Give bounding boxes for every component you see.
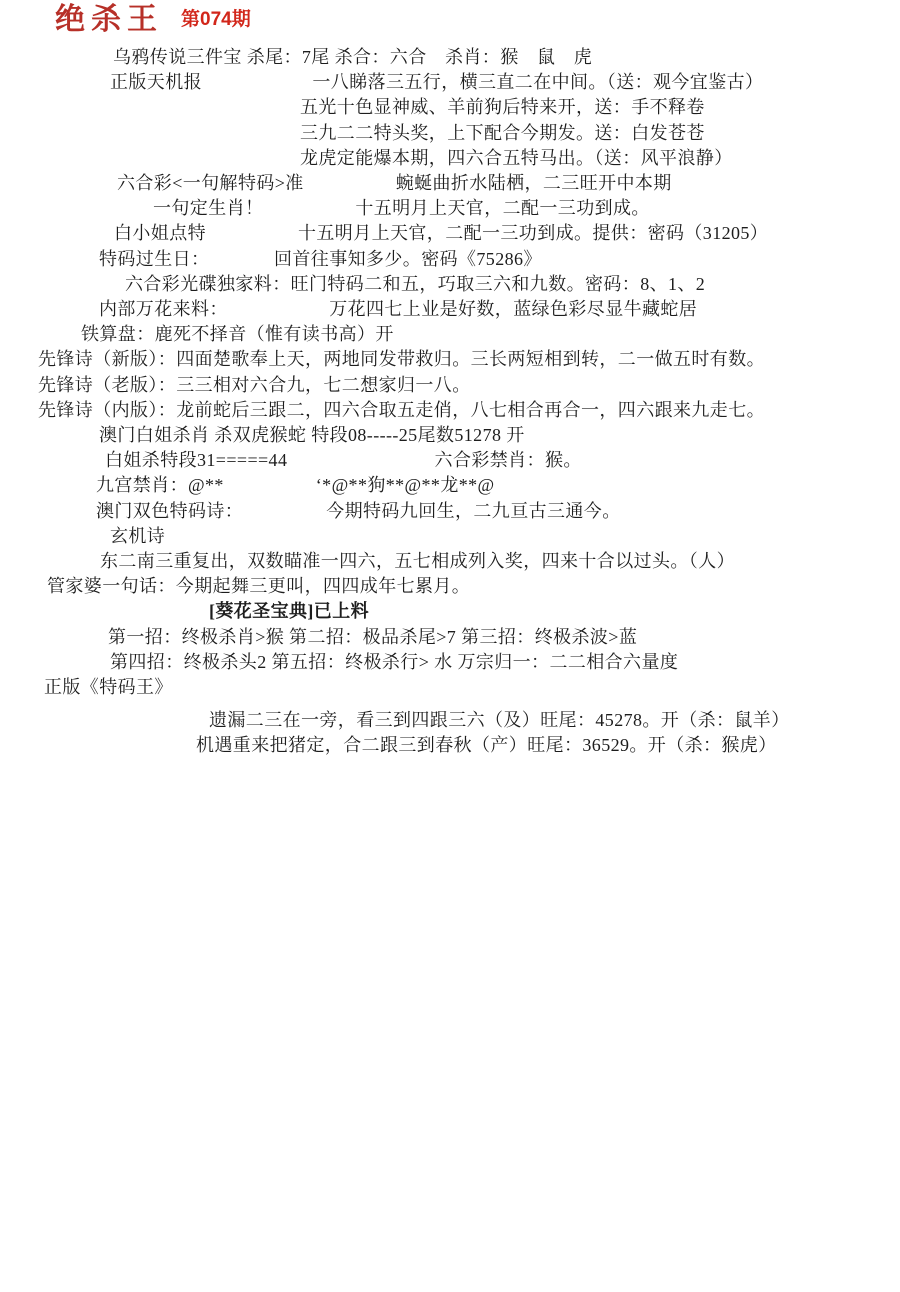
text-line: 龙虎定能爆本期，四六合五特马出。（送：风平浪静） <box>0 146 900 171</box>
text-line: 澳门双色特码诗： 今期特码九回生，二九亘古三通今。 <box>0 499 900 524</box>
text-line: 六合彩<一句解特码>准 蜿蜒曲折水陆栖，二三旺开中本期 <box>0 171 900 196</box>
text-line: 三九二二特头奖，上下配合今期发。送：白发苍苍 <box>0 121 900 146</box>
text-line: 正版《特码王》 <box>0 675 900 700</box>
text-line: 澳门白姐杀肖 杀双虎猴蛇 特段08-----25尾数51278 开 <box>0 423 900 448</box>
text-line: 特码过生日： 回首往事知多少。密码《75286》 <box>0 247 900 272</box>
text-line: 先锋诗（老版）：三三相对六合九，七二想家归一八。 <box>0 373 900 398</box>
text-line: 六合彩光碟独家料：旺门特码二和五，巧取三六和九数。密码：8、1、2 <box>0 272 900 297</box>
text-line: 先锋诗（内版）：龙前蛇后三跟二，四六合取五走俏，八七相合再合一，四六跟来九走七。 <box>0 398 900 423</box>
text-line: 东二南三重复出，双数瞄准一四六，五七相成列入奖，四来十合以过头。（人） <box>0 549 900 574</box>
text-line: 白小姐点特 十五明月上天官，二配一三功到成。提供：密码（31205） <box>0 221 900 246</box>
text-line: 白姐杀特段31=====44 六合彩禁肖：猴。 <box>0 448 900 473</box>
page-header: 绝杀王 第074期 <box>0 0 900 40</box>
text-line: 遗漏二三在一旁，看三到四跟三六（及）旺尾：45278。开（杀：鼠羊） <box>0 708 900 733</box>
text-line: 管家婆一句话：今期起舞三更叫，四四成年七累月。 <box>0 574 900 599</box>
text-line: 乌鸦传说三件宝 杀尾：7尾 杀合：六合 杀肖：猴 鼠 虎 <box>0 45 900 70</box>
text-line: 玄机诗 <box>0 524 900 549</box>
content-lines: 乌鸦传说三件宝 杀尾：7尾 杀合：六合 杀肖：猴 鼠 虎正版天机报 一八睇落三五… <box>0 45 900 759</box>
text-line: 内部万花来料： 万花四七上业是好数，蓝绿色彩尽显牛藏蛇居 <box>0 297 900 322</box>
issue-number: 第074期 <box>181 7 251 33</box>
text-line: 五光十色显神威、羊前狗后特来开，送：手不释卷 <box>0 95 900 120</box>
text-line: 先锋诗（新版）：四面楚歌奉上天，两地同发带救归。三长两短相到转，二一做五时有数。 <box>0 347 900 372</box>
text-line: 正版天机报 一八睇落三五行，横三直二在中间。（送：观今宜鉴古） <box>0 70 900 95</box>
tip-sheet-page: 绝杀王 第074期 乌鸦传说三件宝 杀尾：7尾 杀合：六合 杀肖：猴 鼠 虎正版… <box>0 0 900 1292</box>
text-line: 九宫禁肖：@** ‘*@**狗**@**龙**@ <box>0 473 900 498</box>
text-line: [葵花圣宝典]已上料 <box>0 599 900 624</box>
text-line: 铁算盘：鹿死不择音（惟有读书高）开 <box>0 322 900 347</box>
text-line: 机遇重来把猪定，合二跟三到春秋（产）旺尾：36529。开（杀：猴虎） <box>0 733 900 758</box>
text-line: 一句定生肖！ 十五明月上天官，二配一三功到成。 <box>0 196 900 221</box>
text-line: 第四招：终极杀头2 第五招：终极杀行> 水 万宗归一：二二相合六量度 <box>0 650 900 675</box>
page-title: 绝杀王 <box>55 4 163 36</box>
text-line: 第一招：终极杀肖>猴 第二招：极品杀尾>7 第三招：终极杀波>蓝 <box>0 625 900 650</box>
